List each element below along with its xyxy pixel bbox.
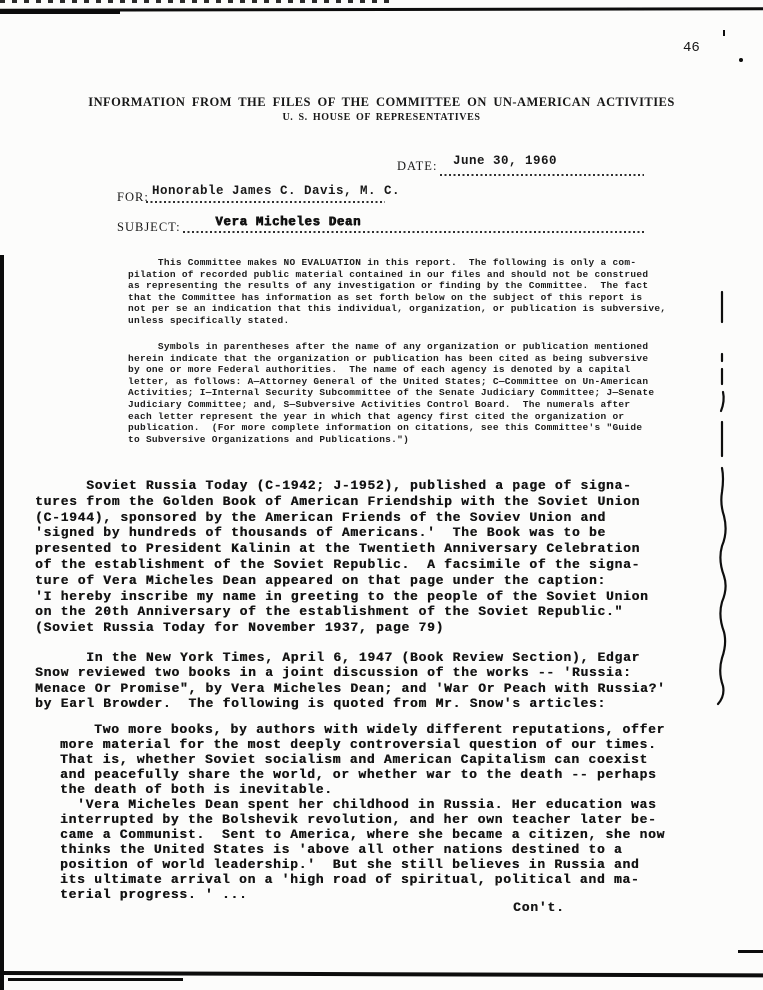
ink-dot [739, 58, 743, 62]
for-value: Honorable James C. Davis, M. C. [152, 184, 400, 198]
scan-artifact-bottom-right-mark [738, 950, 763, 953]
for-underline [146, 201, 385, 203]
document-subtitle: U. S. HOUSE OF REPRESENTATIVES [0, 112, 763, 123]
scan-edge-dots [0, 0, 390, 3]
scanned-document-page: 46 INFORMATION FROM THE FILES OF THE COM… [0, 0, 763, 990]
disclaimer-paragraph-2: Symbols in parentheses after the name of… [128, 341, 654, 445]
date-value: June 30, 1960 [453, 154, 557, 168]
paper-crease-line [712, 288, 736, 712]
body-paragraph-1: Soviet Russia Today (C-1942; J-1952), pu… [35, 478, 649, 636]
subject-underline [183, 231, 645, 233]
date-label: DATE: [397, 159, 437, 174]
scan-artifact-top-left [0, 9, 120, 14]
subject-label: SUBJECT: [117, 220, 181, 235]
body-paragraph-2: In the New York Times, April 6, 1947 (Bo… [35, 650, 666, 711]
date-underline [440, 174, 644, 176]
document-title: INFORMATION FROM THE FILES OF THE COMMIT… [0, 95, 763, 110]
scan-artifact-bottom-line-2 [8, 978, 183, 981]
scan-artifact-left-bar [0, 255, 4, 990]
quoted-excerpt-block: Two more books, by authors with widely d… [60, 722, 665, 902]
continuation-label: Con't. [513, 900, 565, 915]
for-label: FOR: [117, 190, 149, 205]
disclaimer-paragraph-1: This Committee makes NO EVALUATION in th… [128, 257, 666, 327]
page-number: 46 [683, 40, 700, 56]
subject-value: Vera Micheles Dean [215, 215, 361, 229]
scan-artifact-bottom-line [0, 971, 763, 977]
scan-tick-mark [723, 30, 725, 36]
